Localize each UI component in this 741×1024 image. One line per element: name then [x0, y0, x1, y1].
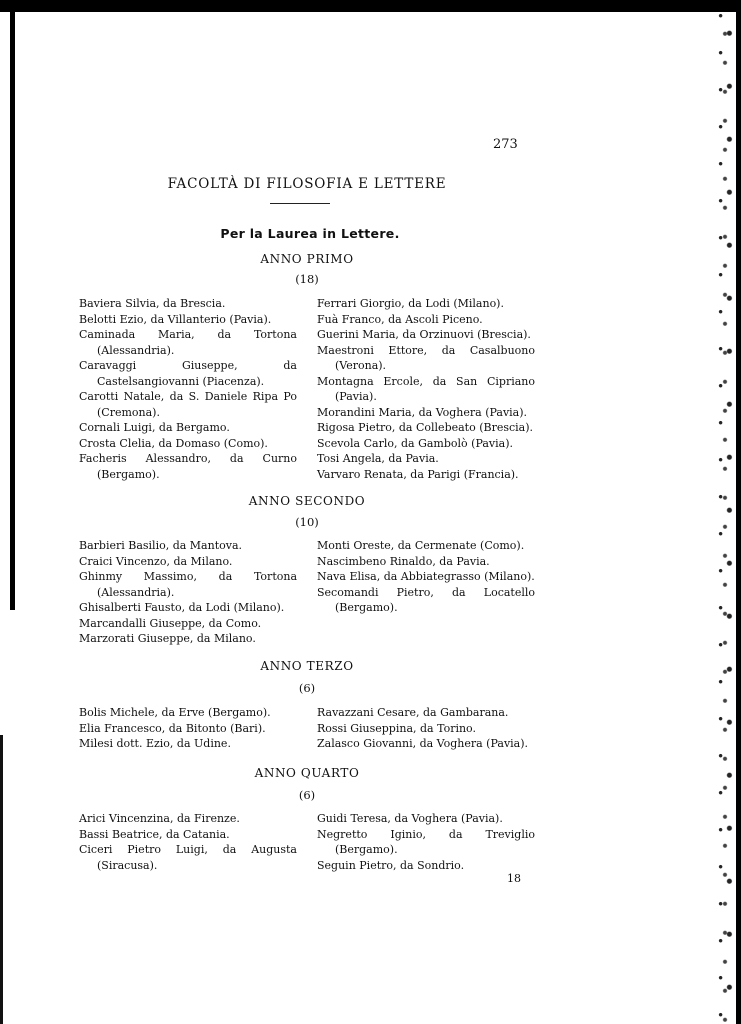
- list-item: Baviera Silvia, da Brescia.: [79, 296, 297, 312]
- year-heading-terzo: ANNO TERZO: [0, 659, 614, 673]
- year-heading-primo: ANNO PRIMO: [0, 252, 614, 266]
- list-item: Milesi dott. Ezio, da Udine.: [79, 736, 297, 752]
- year-count-quarto: (6): [0, 788, 614, 802]
- list-item: Nascimbeno Rinaldo, da Pavia.: [317, 554, 535, 570]
- list-item: Marzorati Giuseppe, da Milano.: [79, 631, 297, 647]
- year-heading-quarto: ANNO QUARTO: [0, 766, 614, 780]
- list-item: Elia Francesco, da Bitonto (Bari).: [79, 721, 297, 737]
- list-item: Montagna Ercole, da San Cipriano (Pavia)…: [317, 374, 535, 405]
- list-item: Guerini Maria, da Orzinuovi (Brescia).: [317, 327, 535, 343]
- list-item: Cornali Luigi, da Bergamo.: [79, 420, 297, 436]
- student-list-primo-right: Ferrari Giorgio, da Lodi (Milano). Fuà F…: [317, 296, 535, 482]
- list-item: Ghinmy Massimo, da Tortona (Alessandria)…: [79, 569, 297, 600]
- list-item: Maestroni Ettore, da Casalbuono (Verona)…: [317, 343, 535, 374]
- list-item: Scevola Carlo, da Gambolò (Pavia).: [317, 436, 535, 452]
- student-list-quarto-left: Arici Vincenzina, da Firenze. Bassi Beat…: [79, 811, 297, 873]
- student-list-secondo-left: Barbieri Basilio, da Mantova. Craici Vin…: [79, 538, 297, 647]
- list-item: Carotti Natale, da S. Daniele Ripa Po (C…: [79, 389, 297, 420]
- list-item: Varvaro Renata, da Parigi (Francia).: [317, 467, 535, 483]
- year-count-primo: (18): [0, 272, 614, 286]
- list-item: Bassi Beatrice, da Catania.: [79, 827, 297, 843]
- list-item: Rigosa Pietro, da Collebeato (Brescia).: [317, 420, 535, 436]
- list-item: Arici Vincenzina, da Firenze.: [79, 811, 297, 827]
- list-item: Ghisalberti Fausto, da Lodi (Milano).: [79, 600, 297, 616]
- list-item: Crosta Clelia, da Domaso (Como).: [79, 436, 297, 452]
- list-item: Guidi Teresa, da Voghera (Pavia).: [317, 811, 535, 827]
- list-item: Ravazzani Cesare, da Gambarana.: [317, 705, 535, 721]
- list-item: Craici Vincenzo, da Milano.: [79, 554, 297, 570]
- list-item: Ciceri Pietro Luigi, da Augusta (Siracus…: [79, 842, 297, 873]
- list-item: Rossi Giuseppina, da Torino.: [317, 721, 535, 737]
- scan-border-right: [736, 10, 741, 1024]
- student-list-secondo-right: Monti Oreste, da Cermenate (Como). Nasci…: [317, 538, 535, 616]
- list-item: Caminada Maria, da Tortona (Alessandria)…: [79, 327, 297, 358]
- list-item: Tosi Angela, da Pavia.: [317, 451, 535, 467]
- list-item: Nava Elisa, da Abbiategrasso (Milano).: [317, 569, 535, 585]
- title-divider: [270, 203, 330, 204]
- year-count-terzo: (6): [0, 681, 614, 695]
- list-item: Zalasco Giovanni, da Voghera (Pavia).: [317, 736, 535, 752]
- list-item: Marcandalli Giuseppe, da Como.: [79, 616, 297, 632]
- list-item: Ferrari Giorgio, da Lodi (Milano).: [317, 296, 535, 312]
- scan-edge-noise: [714, 12, 736, 1024]
- scan-border-top: [0, 0, 741, 12]
- list-item: Seguin Pietro, da Sondrio.: [317, 858, 535, 874]
- student-list-primo-left: Baviera Silvia, da Brescia. Belotti Ezio…: [79, 296, 297, 482]
- list-item: Belotti Ezio, da Villanterio (Pavia).: [79, 312, 297, 328]
- list-item: Morandini Maria, da Voghera (Pavia).: [317, 405, 535, 421]
- faculty-title: FACOLTÀ DI FILOSOFIA E LETTERE: [0, 176, 614, 192]
- list-item: Secomandi Pietro, da Locatello (Bergamo)…: [317, 585, 535, 616]
- degree-subtitle: Per la Laurea in Lettere.: [0, 226, 620, 241]
- list-item: Facheris Alessandro, da Curno (Bergamo).: [79, 451, 297, 482]
- student-list-terzo-left: Bolis Michele, da Erve (Bergamo). Elia F…: [79, 705, 297, 752]
- list-item: Caravaggi Giuseppe, da Castelsangiovanni…: [79, 358, 297, 389]
- student-list-terzo-right: Ravazzani Cesare, da Gambarana. Rossi Gi…: [317, 705, 535, 752]
- list-item: Bolis Michele, da Erve (Bergamo).: [79, 705, 297, 721]
- year-count-secondo: (10): [0, 515, 614, 529]
- page-number: 273: [493, 137, 518, 152]
- year-heading-secondo: ANNO SECONDO: [0, 494, 614, 508]
- list-item: Monti Oreste, da Cermenate (Como).: [317, 538, 535, 554]
- student-list-quarto-right: Guidi Teresa, da Voghera (Pavia). Negret…: [317, 811, 535, 873]
- signature-mark: 18: [507, 872, 521, 885]
- list-item: Barbieri Basilio, da Mantova.: [79, 538, 297, 554]
- list-item: Fuà Franco, da Ascoli Piceno.: [317, 312, 535, 328]
- list-item: Negretto Iginio, da Treviglio (Bergamo).: [317, 827, 535, 858]
